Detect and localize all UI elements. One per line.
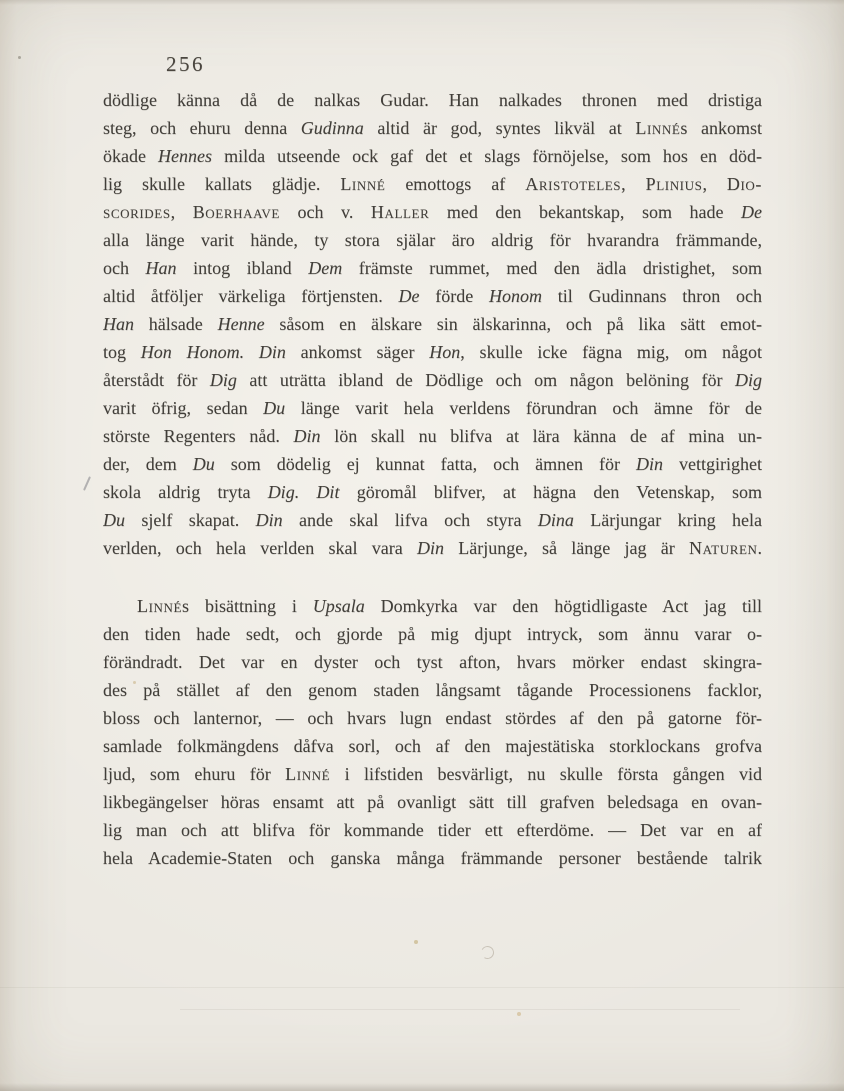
small-caps-name: Boerhaave bbox=[193, 202, 280, 222]
paper-speckle bbox=[414, 940, 418, 944]
text-line: steg, och ehuru denna Gudinna altid är g… bbox=[103, 114, 762, 142]
body-text: såsom en älskare sin älskarinna, och på … bbox=[265, 314, 762, 334]
body-text: och v. bbox=[280, 202, 371, 222]
body-text: ljud, som ehuru för bbox=[103, 764, 285, 784]
italic-text: Din bbox=[259, 342, 286, 362]
text-line: lig man och att blifva för kommande tide… bbox=[103, 816, 762, 844]
text-line: störste Regenters nåd. Din lön skall nu … bbox=[103, 422, 762, 450]
small-caps-name: Aristoteles bbox=[525, 174, 621, 194]
body-text: främste rummet, med den ädla dristighet,… bbox=[342, 258, 762, 278]
text-line: varit öfrig, sedan Du länge varit hela v… bbox=[103, 394, 762, 422]
paragraph: dödlige känna då de nalkas Gudar. Han na… bbox=[103, 86, 762, 562]
italic-text: Gudinna bbox=[301, 118, 364, 138]
body-text: göromål blifver, at hägna den Vetenskap,… bbox=[339, 482, 762, 502]
body-text: störste Regenters nåd. bbox=[103, 426, 294, 446]
small-caps-name: Naturen bbox=[689, 538, 757, 558]
body-text: skola aldrig tryta bbox=[103, 482, 268, 502]
paper-fiber-line bbox=[180, 1009, 740, 1010]
text-line: den tiden hade sedt, och gjorde på mig d… bbox=[103, 620, 762, 648]
body-text: , skulle icke fägna mig, om något bbox=[460, 342, 762, 362]
body-text: alla länge varit hände, ty stora själar … bbox=[103, 230, 762, 250]
italic-text: Dig. bbox=[268, 482, 300, 502]
body-text: Lärjunge, så länge jag är bbox=[444, 538, 689, 558]
text-line: bloss och lanternor, — och hvars lugn en… bbox=[103, 704, 762, 732]
body-text: den tiden hade sedt, och gjorde på mig d… bbox=[103, 624, 762, 644]
body-text: s ankomst bbox=[680, 118, 762, 138]
text-line: lig skulle kallats glädje. Linné emottog… bbox=[103, 170, 762, 198]
italic-text: Din bbox=[417, 538, 444, 558]
italic-text: Han bbox=[146, 258, 177, 278]
italic-text: Hon Honom. bbox=[141, 342, 244, 362]
ink-stroke-mark bbox=[83, 476, 91, 491]
body-text: des på stället af den genom staden långs… bbox=[103, 680, 762, 700]
body-text: med den bekantskap, som hade bbox=[429, 202, 741, 222]
body-text: tog bbox=[103, 342, 141, 362]
body-text: verlden, och hela verlden skal vara bbox=[103, 538, 417, 558]
body-text: Lärjungar kring hela bbox=[574, 510, 762, 530]
text-line: der, dem Du som dödelig ej kunnat fatta,… bbox=[103, 450, 762, 478]
body-text: att uträtta ibland de Dödlige och om någ… bbox=[237, 370, 735, 390]
body-text: , bbox=[171, 202, 193, 222]
text-line: tog Hon Honom. Din ankomst säger Hon, sk… bbox=[103, 338, 762, 366]
body-text bbox=[299, 482, 316, 502]
body-text: hela Academie-Staten och ganska många fr… bbox=[103, 848, 762, 868]
text-line: hela Academie-Staten och ganska många fr… bbox=[103, 844, 762, 872]
book-page-scan: 256 dödlige känna då de nalkas Gudar. Ha… bbox=[0, 0, 844, 1091]
italic-text: Upsala bbox=[313, 596, 365, 616]
text-line: verlden, och hela verlden skal vara Din … bbox=[103, 534, 762, 562]
small-caps-name: Plinius bbox=[646, 174, 703, 194]
italic-text: Hon bbox=[429, 342, 460, 362]
body-text: och bbox=[103, 258, 146, 278]
body-text: länge varit hela verldens förundran och … bbox=[285, 398, 762, 418]
italic-text: Din bbox=[256, 510, 283, 530]
text-line: ökade Hennes milda utseende ock gaf det … bbox=[103, 142, 762, 170]
text-line: förändradt. Det var en dyster och tyst a… bbox=[103, 648, 762, 676]
text-line: Du sjelf skapat. Din ande skal lifva och… bbox=[103, 506, 762, 534]
italic-text: Dina bbox=[538, 510, 574, 530]
text-line: samlade folkmängdens dåfva sorl, och af … bbox=[103, 732, 762, 760]
body-text: ökade bbox=[103, 146, 158, 166]
body-text: vettgirighet bbox=[663, 454, 762, 474]
italic-text: Din bbox=[294, 426, 321, 446]
page-text-block: dödlige känna då de nalkas Gudar. Han na… bbox=[103, 86, 762, 872]
body-text: återstådt för bbox=[103, 370, 210, 390]
body-text: altid är god, syntes likväl at bbox=[364, 118, 636, 138]
italic-text: Dig bbox=[210, 370, 237, 390]
body-text: förde bbox=[419, 286, 489, 306]
body-text: , bbox=[621, 174, 645, 194]
paper-fiber-line bbox=[0, 987, 844, 988]
body-text: hälsade bbox=[134, 314, 218, 334]
text-line: alla länge varit hände, ty stora själar … bbox=[103, 226, 762, 254]
paper-speckle bbox=[18, 56, 21, 59]
italic-text: Hennes bbox=[158, 146, 212, 166]
italic-text: De bbox=[398, 286, 419, 306]
text-line: återstådt för Dig att uträtta ibland de … bbox=[103, 366, 762, 394]
body-text: förändradt. Det var en dyster och tyst a… bbox=[103, 652, 762, 672]
small-caps-name: scorides bbox=[103, 202, 171, 222]
paragraph: Linnés bisättning i Upsala Domkyrka var … bbox=[103, 592, 762, 872]
small-caps-name: Linné bbox=[285, 764, 330, 784]
body-text: likbegängelser höras ensamt att på ovanl… bbox=[103, 792, 762, 812]
text-line: skola aldrig tryta Dig. Dit göromål blif… bbox=[103, 478, 762, 506]
body-text: . bbox=[758, 538, 762, 558]
italic-text: Han bbox=[103, 314, 134, 334]
body-text: s bisättning i bbox=[182, 596, 313, 616]
body-text: der, dem bbox=[103, 454, 193, 474]
italic-text: Du bbox=[193, 454, 215, 474]
small-caps-name: Linné bbox=[635, 118, 680, 138]
body-text: intog ibland bbox=[177, 258, 309, 278]
body-text: emottogs af bbox=[385, 174, 525, 194]
body-text: lig man och att blifva för kommande tide… bbox=[103, 820, 762, 840]
page-number: 256 bbox=[166, 52, 205, 77]
text-line: och Han intog ibland Dem främste rummet,… bbox=[103, 254, 762, 282]
italic-text: De bbox=[741, 202, 762, 222]
body-text: lig skulle kallats glädje. bbox=[103, 174, 340, 194]
italic-text: Du bbox=[263, 398, 285, 418]
body-text: ankomst säger bbox=[286, 342, 429, 362]
small-caps-name: Haller bbox=[371, 202, 429, 222]
italic-text: Din bbox=[636, 454, 663, 474]
body-text: altid åtföljer värkeliga förtjensten. bbox=[103, 286, 398, 306]
italic-text: Du bbox=[103, 510, 125, 530]
body-text: som dödelig ej kunnat fatta, och ämnen f… bbox=[215, 454, 636, 474]
italic-text: Dit bbox=[316, 482, 339, 502]
body-text: sjelf skapat. bbox=[125, 510, 256, 530]
body-text: milda utseende ock gaf det et slags förn… bbox=[212, 146, 762, 166]
body-text: lön skall nu blifva at lära känna de af … bbox=[321, 426, 762, 446]
body-text: bloss och lanternor, — och hvars lugn en… bbox=[103, 708, 762, 728]
text-line: altid åtföljer värkeliga förtjensten. De… bbox=[103, 282, 762, 310]
body-text bbox=[244, 342, 259, 362]
small-caps-name: Linné bbox=[137, 596, 182, 616]
body-text: i lifstiden besvärligt, nu skulle första… bbox=[330, 764, 762, 784]
italic-text: Dig bbox=[735, 370, 762, 390]
text-line: des på stället af den genom staden långs… bbox=[103, 676, 762, 704]
text-line: Linnés bisättning i Upsala Domkyrka var … bbox=[103, 592, 762, 620]
paper-speckle bbox=[517, 1012, 521, 1016]
body-text: samlade folkmängdens dåfva sorl, och af … bbox=[103, 736, 762, 756]
text-line: scorides, Boerhaave och v. Haller med de… bbox=[103, 198, 762, 226]
italic-text: Dem bbox=[308, 258, 342, 278]
text-line: dödlige känna då de nalkas Gudar. Han na… bbox=[103, 86, 762, 114]
small-caps-name: Linné bbox=[340, 174, 385, 194]
italic-text: Honom bbox=[489, 286, 542, 306]
body-text: til Gudinnans thron och bbox=[542, 286, 762, 306]
body-text: steg, och ehuru denna bbox=[103, 118, 301, 138]
italic-text: Henne bbox=[218, 314, 265, 334]
body-text: dödlige känna då de nalkas Gudar. Han na… bbox=[103, 90, 762, 110]
show-through-mark bbox=[480, 945, 496, 961]
text-line: Han hälsade Henne såsom en älskare sin ä… bbox=[103, 310, 762, 338]
body-text: ande skal lifva och styra bbox=[283, 510, 538, 530]
body-text: Domkyrka var den högtidligaste Act jag t… bbox=[365, 596, 762, 616]
text-line: ljud, som ehuru för Linné i lifstiden be… bbox=[103, 760, 762, 788]
body-text: varit öfrig, sedan bbox=[103, 398, 263, 418]
body-text: , bbox=[702, 174, 726, 194]
small-caps-name: Dio- bbox=[727, 174, 762, 194]
text-line: likbegängelser höras ensamt att på ovanl… bbox=[103, 788, 762, 816]
